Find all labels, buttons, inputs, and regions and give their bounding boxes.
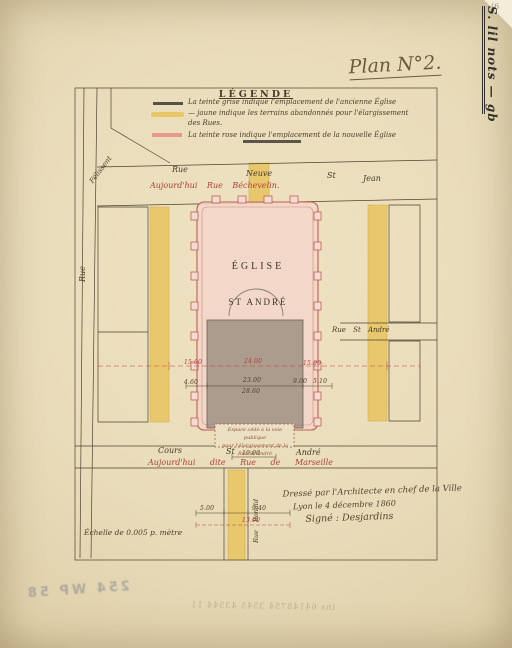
street-label-marseille: Aujourd'hui dite Rue de Marseille — [148, 458, 388, 467]
legend-item-gray: La teinte grise indique l'emplacement de… — [188, 97, 428, 107]
street-label-st: St — [327, 171, 336, 180]
street-label-rue-st-andre: Rue St André — [332, 326, 420, 334]
street-label-left-rue: Rue — [78, 252, 87, 282]
dim-right-red: 15.00 — [303, 360, 321, 367]
dim-left-red: 15.00 — [184, 359, 202, 366]
street-label-neuve: Neuve — [246, 169, 272, 178]
legend-swatch-pink — [152, 133, 182, 137]
dim-center-black: 23.00 — [243, 377, 261, 384]
street-label-cours-andre: André — [296, 448, 321, 457]
dim-right-black: 9.00 — [293, 378, 307, 385]
dim-center-black-2: 28.60 — [242, 388, 260, 395]
note-box-line1: Espace cédé à la voie publique — [217, 426, 293, 442]
church-label-st-andre: ST ANDRÉ — [197, 297, 319, 307]
dim-right-black-2: 5.10 — [313, 378, 327, 385]
scanned-plan-page: (6 S. lil nots — gb Plan N°2. LÉGENDE La… — [0, 0, 512, 648]
archival-annotation: S. lil nots — gb — [482, 6, 499, 114]
dim-center-red: 24.00 — [244, 358, 262, 365]
legend-swatch-gray — [153, 102, 183, 105]
street-label-cours-st: St — [226, 447, 235, 456]
dim-bottom-1: 5.00 — [200, 505, 214, 512]
plan-title-text: Plan N°2. — [348, 52, 442, 81]
church-label-eglise: ÉGLISE — [197, 261, 319, 272]
old-church-gray — [207, 320, 303, 428]
legend-item-yellow: — jaune indique les terrains abandonnés … — [188, 108, 414, 128]
legend-rule — [243, 140, 301, 143]
signature-block: Dressé par l'Architecte en chef de la Vi… — [282, 484, 437, 525]
street-label-cours: Cours — [158, 446, 182, 455]
dim-left-black: 4.60 — [184, 379, 198, 386]
legend-item-pink: La teinte rose indique l'emplacement de … — [188, 130, 428, 140]
street-label-bonald: Rue Bonald — [252, 473, 260, 543]
street-label-rue: Rue — [172, 165, 188, 174]
legend-swatch-yellow — [151, 112, 184, 117]
street-label-bechevelin: Aujourd'hui Rue Béchevelin. — [150, 181, 330, 190]
street-label-jean: Jean — [363, 174, 381, 183]
scale-note: Échelle de 0.005 p. mètre — [84, 528, 182, 537]
